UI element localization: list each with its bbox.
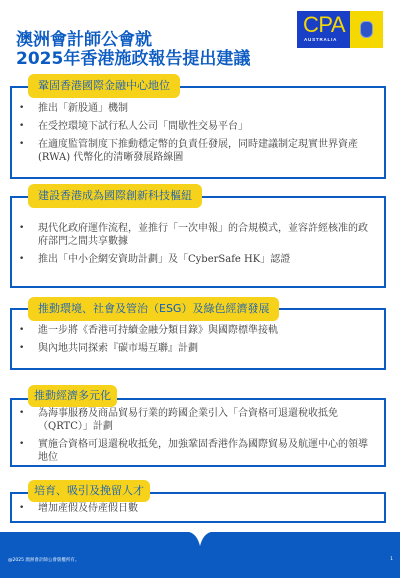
list-item: •增加產假及侍產假日數 (12, 502, 384, 515)
list-item: •現代化政府運作流程，並推行「一次申報」的合規模式，並容許經核准的政府部門之間共… (12, 222, 384, 248)
logo-subtext: AUSTRALIA (304, 37, 337, 42)
logo-text: CPA (303, 12, 345, 38)
list-item: •實施合資格可退還稅收抵免，加強鞏固香港作為國際貿易及航運中心的領導地位 (12, 438, 384, 464)
crest-icon (360, 21, 373, 38)
bullet-icon: • (19, 120, 24, 133)
copyright-text: @2025 澳洲會計師公會版權所有。 (8, 557, 79, 563)
section-list: •進一步將《香港可持續金融分類目錄》與國際標準接軌 •與內地共同探索『碳市場互聯… (12, 324, 384, 360)
bullet-icon: • (19, 407, 24, 420)
section-list: •增加產假及侍產假日數 (12, 502, 384, 520)
section-box-finance: •推出「新股通」機制 •在受控環境下試行私人公司「間歇性交易平台」 •在適度監管… (10, 86, 386, 179)
list-item: •與內地共同探索『碳市場互聯』計劃 (12, 342, 384, 355)
bullet-icon: • (19, 253, 24, 266)
list-item: •在受控環境下試行私人公司「間歇性交易平台」 (12, 120, 384, 133)
list-item: •進一步將《香港可持續金融分類目錄》與國際標準接軌 (12, 324, 384, 337)
cpa-australia-logo: CPA AUSTRALIA (297, 11, 383, 48)
footer-notch (189, 532, 211, 546)
bullet-icon: • (19, 138, 24, 151)
list-item: •在適度監管制度下推動穩定幣的負責任發展，同時建議制定現實世界資產(RWA) 代… (12, 138, 384, 164)
section-list: •推出「新股通」機制 •在受控環境下試行私人公司「間歇性交易平台」 •在適度監管… (12, 102, 384, 169)
bullet-icon: • (19, 102, 24, 115)
bullet-icon: • (19, 222, 24, 235)
list-item: •為海事服務及商品貿易行業的跨國企業引入「合資格可退還稅收抵免（QRTC）」計劃 (12, 407, 384, 433)
footer-bar: @2025 澳洲會計師公會版權所有。 1 (0, 532, 400, 578)
section-label-innovation: 建設香港成為國際創新科技樞紐 (28, 184, 202, 208)
section-list: •現代化政府運作流程，並推行「一次申報」的合規模式，並容許經核准的政府部門之間共… (12, 222, 384, 271)
list-item: •推出「中小企網安資助計劃」及「CyberSafe HK」認證 (12, 253, 384, 266)
section-label-talent: 培育、吸引及挽留人才 (28, 480, 150, 502)
section-box-innovation: •現代化政府運作流程，並推行「一次申報」的合規模式，並容許經核准的政府部門之間共… (10, 196, 386, 288)
bullet-icon: • (19, 438, 24, 451)
title-line-2: 2025年香港施政報告提出建議 (16, 50, 250, 69)
section-label-diversification: 推動經濟多元化 (28, 385, 117, 407)
logo-blue-panel: CPA AUSTRALIA (297, 11, 350, 48)
section-box-diversification: •為海事服務及商品貿易行業的跨國企業引入「合資格可退還稅收抵免（QRTC）」計劃… (10, 398, 386, 467)
section-list: •為海事服務及商品貿易行業的跨國企業引入「合資格可退還稅收抵免（QRTC）」計劃… (12, 407, 384, 469)
bullet-icon: • (19, 324, 24, 337)
page-number: 1 (390, 557, 393, 562)
bullet-icon: • (19, 502, 24, 515)
logo-yellow-panel (350, 11, 383, 48)
bullet-icon: • (19, 342, 24, 355)
section-label-esg: 推動環境、社會及管治（ESG）及綠色經濟發展 (28, 297, 279, 321)
section-label-finance: 鞏固香港國際金融中心地位 (28, 74, 180, 98)
title-line-1: 澳洲會計師公會就 (16, 31, 250, 50)
page-title: 澳洲會計師公會就 2025年香港施政報告提出建議 (16, 31, 250, 69)
list-item: •推出「新股通」機制 (12, 102, 384, 115)
